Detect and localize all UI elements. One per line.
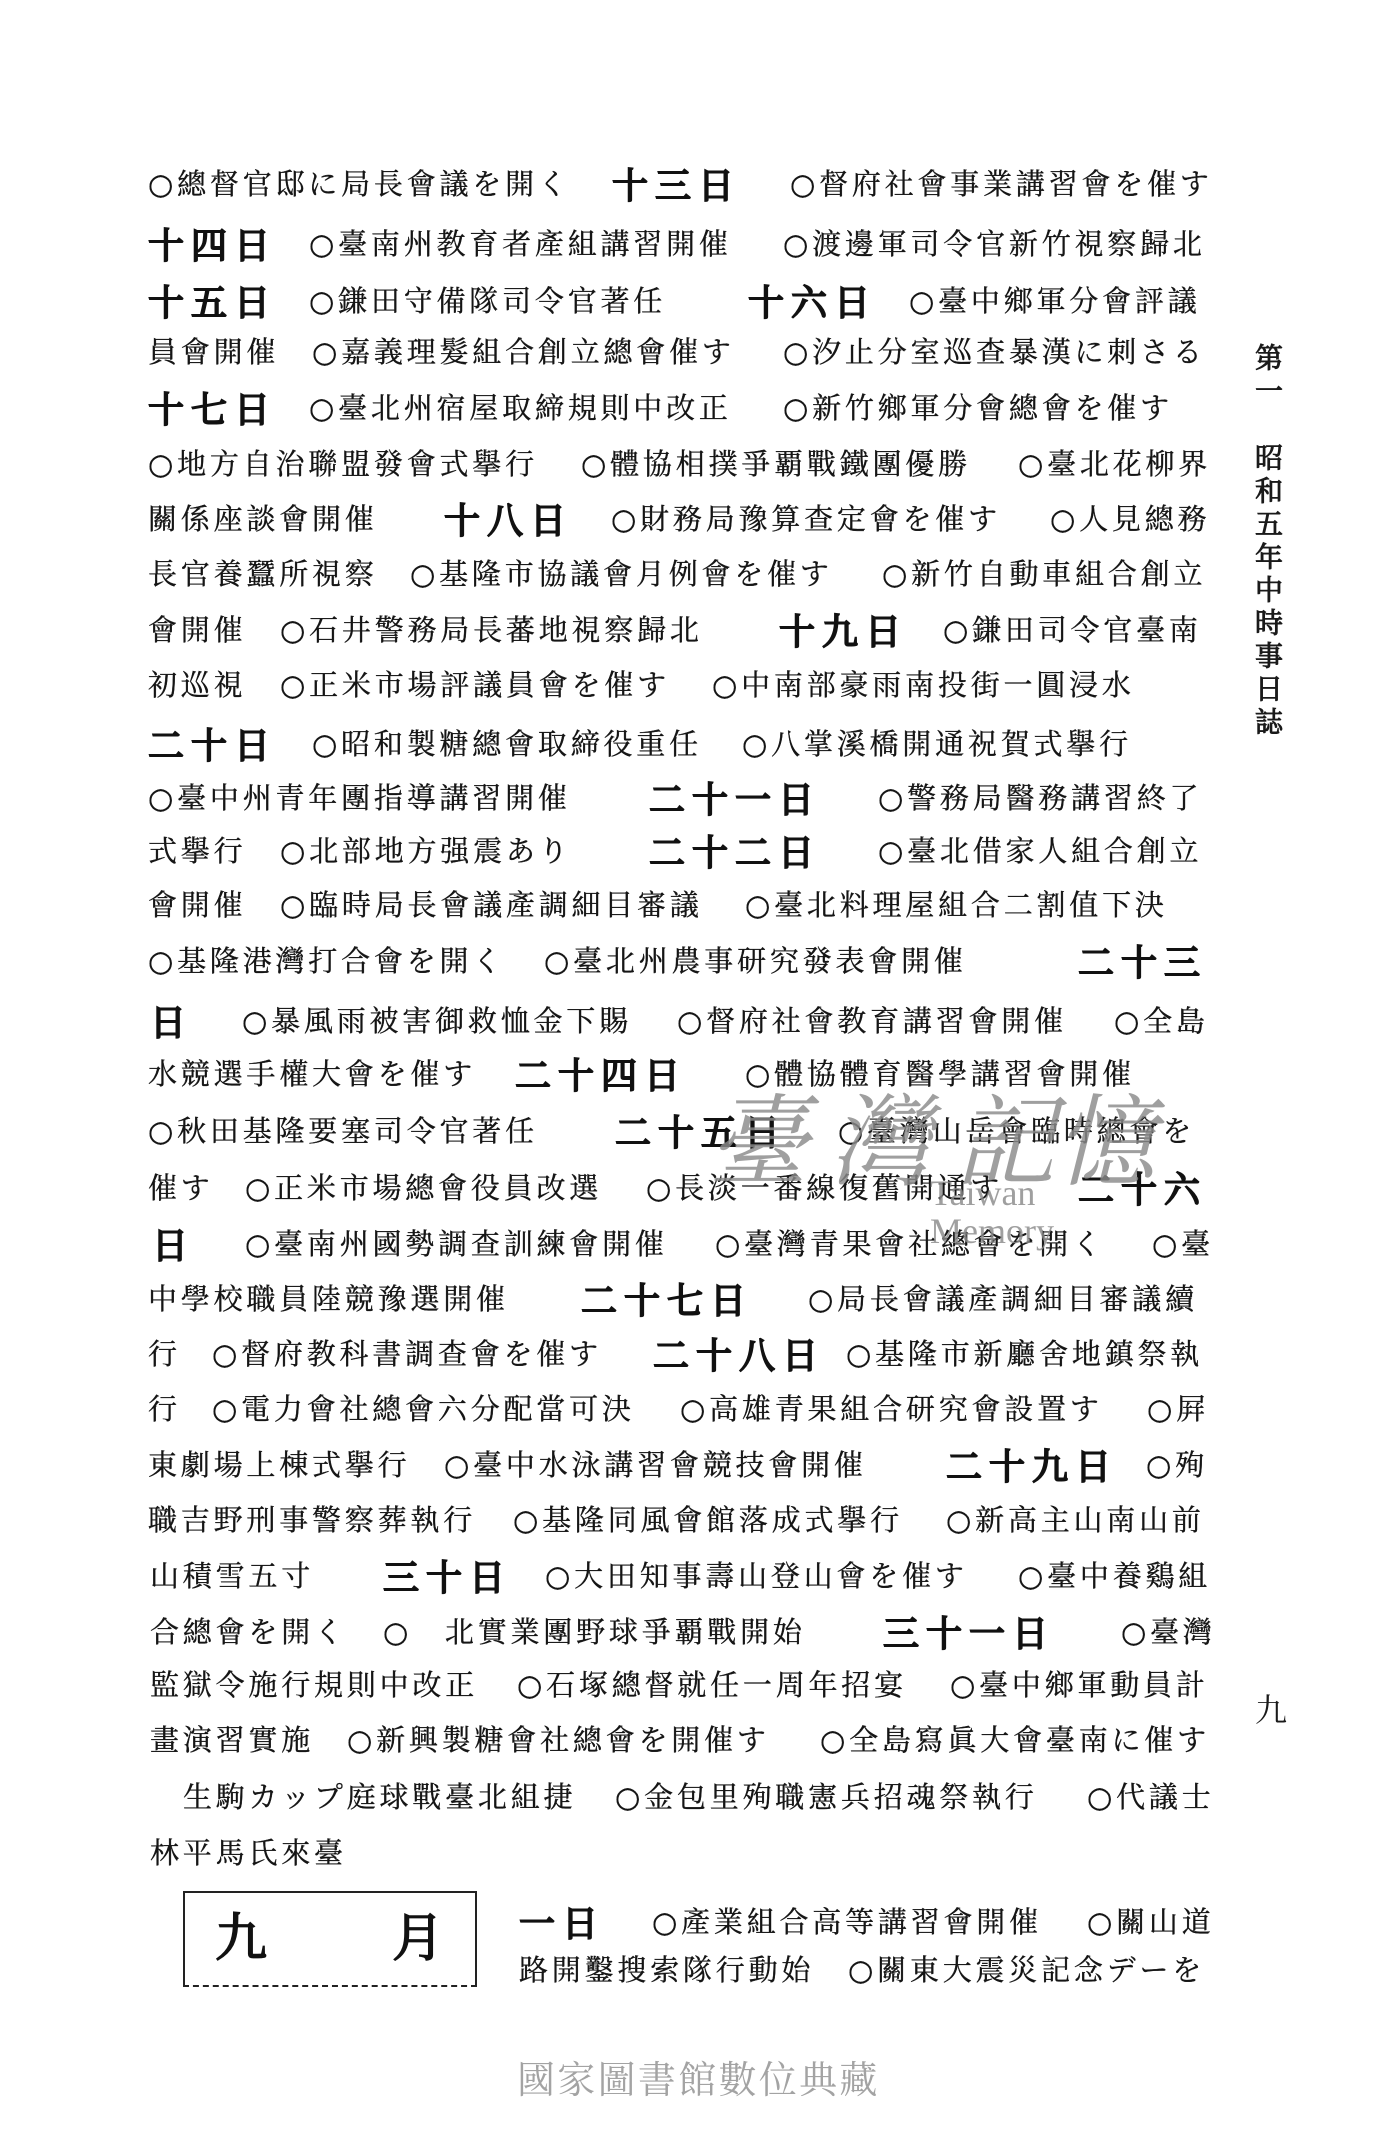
date-marker: 二十二日: [649, 834, 821, 874]
entry-continuation: 中學校職員陸競豫選開催: [148, 1279, 509, 1319]
date-marker: 二十日: [148, 727, 277, 767]
diary-line: 山積雪五寸 三十日 ○大田知事壽山登山會を催す ○臺中養鷄組: [0, 1556, 1400, 1596]
diary-line: 十四日 ○臺南州教育者產組講習開催 ○渡邊軍司令官新竹視察歸北: [0, 224, 1400, 264]
entry-continuation: 員會開催: [148, 332, 279, 372]
diary-entry: ○臨時局長會議產調細目審議: [280, 885, 703, 925]
date-marker: 日: [150, 1004, 193, 1044]
diary-entry: ○全島寫眞大會臺南に催す: [820, 1720, 1210, 1760]
diary-line: 日 ○臺南州國勢調查訓練會開催 ○臺灣青果會社總會を開く ○臺: [0, 1224, 1400, 1264]
diary-line: 東劇場上棟式擧行 ○臺中水泳講習會競技會開催 二十九日 ○殉: [0, 1445, 1400, 1485]
diary-entry: ○臺中州青年團指導講習開催: [148, 778, 571, 818]
date-marker: 二十一日: [649, 781, 821, 821]
entry-continuation: 東劇場上棟式擧行: [148, 1445, 410, 1485]
date-marker: 日: [152, 1227, 195, 1267]
diary-entry: ○臺: [1152, 1224, 1214, 1264]
diary-entry: ○嘉義理髮組合創立總會催す: [312, 332, 735, 372]
date-marker: 二十九日: [946, 1448, 1118, 1488]
entry-continuation: 初巡視: [148, 665, 246, 705]
entry-continuation: 會開催: [148, 885, 246, 925]
diary-line: 催す ○正米市場總會役員改選 ○長淡一番線復舊開通す 二十六: [0, 1168, 1400, 1208]
diary-entry: ○地方自治聯盟發會式擧行: [148, 444, 538, 484]
diary-entry: ○臺南州國勢調查訓練會開催: [245, 1224, 668, 1264]
entry-continuation: 式擧行: [148, 831, 246, 871]
diary-entry: ○警務局醫務講習終了: [878, 778, 1202, 818]
diary-line: 會開催 ○石井警務局長蕃地視察歸北 十九日 ○鎌田司令官臺南: [0, 610, 1400, 650]
footer-credit: 國家圖書館數位典藏: [517, 2058, 880, 2102]
diary-line: ○臺中州青年團指導講習開催 二十一日 ○警務局醫務講習終了: [0, 778, 1400, 818]
diary-line: 日 ○暴風雨被害御救恤金下賜 ○督府社會教育講習會開催 ○全島: [0, 1001, 1400, 1041]
diary-line: 畫演習實施 ○新興製糖會社總會を開催す ○全島寫眞大會臺南に催す: [0, 1720, 1400, 1760]
diary-line: 水競選手權大會を催す 二十四日 ○體協體育醫學講習會開催: [0, 1054, 1400, 1094]
date-marker: 三十日: [383, 1559, 512, 1599]
diary-line: 式擧行 ○北部地方强震あり 二十二日 ○臺北借家人組合創立: [0, 831, 1400, 871]
diary-entry: ○產業組合高等講習會開催: [652, 1902, 1042, 1942]
diary-line: 行 ○電力會社總會六分配當可決 ○高雄青果組合研究會設置す ○屛: [0, 1389, 1400, 1429]
diary-entry: ○基隆港灣打合會を開く: [148, 941, 505, 981]
diary-entry: 生駒カップ庭球戰臺北組捷: [183, 1777, 576, 1817]
entry-continuation: 行: [148, 1334, 181, 1374]
diary-entry: ○臺北借家人組合創立: [878, 831, 1202, 871]
date-marker: 二十七日: [581, 1282, 753, 1322]
diary-line: ○地方自治聯盟發會式擧行 ○體協相撲爭覇戰鐵團優勝 ○臺北花柳界: [0, 444, 1400, 484]
date-marker: 三十一日: [883, 1615, 1055, 1655]
date-marker: 二十六: [1078, 1171, 1207, 1211]
diary-line: 行 ○督府教科書調查會を催す 二十八日 ○基隆市新廳舍地鎮祭執: [0, 1334, 1400, 1374]
diary-line: 中學校職員陸競豫選開催 二十七日 ○局長會議產調細目審議續: [0, 1279, 1400, 1319]
document-page: 第一 昭和五年中時事日誌 九 ○總督官邸に局長會議を開く 十三日 ○督府社會事業…: [0, 0, 1400, 2130]
diary-entry: ○臺中養鷄組: [1018, 1556, 1211, 1596]
entry-continuation: 林平馬氏來臺: [150, 1833, 347, 1873]
diary-entry: ○臺灣: [1121, 1612, 1216, 1652]
diary-entry: ○秋田基隆要塞司令官著任: [148, 1111, 538, 1151]
diary-entry: ○基隆市新廳舍地鎮祭執: [846, 1334, 1203, 1374]
diary-entry: ○臺中水泳講習會競技會開催: [444, 1445, 867, 1485]
diary-line: 初巡視 ○正米市場評議員會を催す ○中南部豪雨南投街一圓浸水: [0, 665, 1400, 705]
entry-continuation: 長官養蠶所視察: [148, 554, 378, 594]
diary-line: 一日 ○產業組合高等講習會開催 ○關山道: [0, 1902, 1400, 1942]
diary-line: 合總會を開く ○ 北實業團野球爭覇戰開始 三十一日 ○臺灣: [0, 1612, 1400, 1652]
diary-entry: ○基隆市協議會月例會を催す: [410, 554, 833, 594]
entry-continuation: 催す: [148, 1168, 214, 1208]
date-marker: 二十五日: [615, 1114, 787, 1154]
diary-entry: ○督府教科書調查會を催す: [212, 1334, 602, 1374]
diary-entry: ○大田知事壽山登山會を催す: [545, 1556, 968, 1596]
diary-line: 監獄令施行規則中改正 ○石塚總督就任一周年招宴 ○臺中鄉軍動員計: [0, 1665, 1400, 1705]
diary-line: 十七日 ○臺北州宿屋取締規則中改正 ○新竹鄉軍分會總會を催す: [0, 388, 1400, 428]
diary-entry: ○新興製糖會社總會を開催す: [347, 1720, 770, 1760]
diary-entry: ○督府社會教育講習會開催: [677, 1001, 1067, 1041]
diary-entry: ○渡邊軍司令官新竹視察歸北: [783, 224, 1206, 264]
entry-continuation: 關係座談會開催: [148, 499, 378, 539]
diary-entry: ○臺灣山岳會臨時總會を: [838, 1111, 1195, 1151]
diary-entry: ○代議士: [1087, 1777, 1215, 1817]
diary-entry: ○體協相撲爭覇戰鐵團優勝: [581, 444, 971, 484]
diary-entry: ○中南部豪雨南投街一圓浸水: [712, 665, 1135, 705]
diary-entry: ○新竹鄉軍分會總會を催す: [783, 388, 1173, 428]
diary-entry: ○體協體育醫學講習會開催: [745, 1054, 1135, 1094]
diary-entry: ○殉: [1146, 1445, 1208, 1485]
diary-entry: ○新高主山南山前: [946, 1500, 1205, 1540]
diary-entry: ○汐止分室巡查暴漢に刺さる: [783, 332, 1206, 372]
diary-entry: ○關東大震災記念デーを: [848, 1950, 1205, 1990]
diary-entry: ○金包里殉職憲兵招魂祭執行: [615, 1777, 1038, 1817]
diary-entry: ○局長會議產調細目審議續: [808, 1279, 1198, 1319]
diary-line: 職吉野刑事警察葬執行 ○基隆同風會館落成式擧行 ○新高主山南山前: [0, 1500, 1400, 1540]
date-marker: 十九日: [779, 613, 908, 653]
diary-line: ○秋田基隆要塞司令官著任 二十五日 ○臺灣山岳會臨時總會を: [0, 1111, 1400, 1151]
diary-entry: ○督府社會事業講習會を催す: [790, 164, 1213, 204]
diary-line: 長官養蠶所視察 ○基隆市協議會月例會を催す ○新竹自動車組合創立: [0, 554, 1400, 594]
diary-entry: ○臺灣青果會社總會を開く: [715, 1224, 1105, 1264]
diary-entry: ○北部地方强震あり: [280, 831, 572, 871]
diary-entry: ○基隆同風會館落成式擧行: [513, 1500, 903, 1540]
entry-continuation: 水競選手權大會を催す: [148, 1054, 476, 1094]
diary-entry: ○暴風雨被害御救恤金下賜: [242, 1001, 632, 1041]
diary-entry: ○臺北花柳界: [1018, 444, 1211, 484]
entry-continuation: 會開催: [148, 610, 246, 650]
diary-entry: ○臺中鄉軍動員計: [950, 1665, 1209, 1705]
diary-line: ○基隆港灣打合會を開く ○臺北州農事研究發表會開催 二十三: [0, 941, 1400, 981]
date-marker: 二十八日: [653, 1337, 825, 1377]
diary-entry: ○財務局豫算查定會を催す: [611, 499, 1001, 539]
diary-entry: ○長淡一番線復舊開通す: [646, 1168, 1003, 1208]
diary-entry: ○臺北州宿屋取締規則中改正: [309, 388, 732, 428]
diary-entry: ○臺中鄉軍分會評議: [909, 281, 1201, 321]
diary-line: 林平馬氏來臺: [0, 1833, 1400, 1873]
entry-continuation: 合總會を開く: [150, 1612, 347, 1652]
entry-continuation: 監獄令施行規則中改正: [150, 1665, 478, 1705]
diary-line: ○總督官邸に局長會議を開く 十三日 ○督府社會事業講習會を催す: [0, 164, 1400, 204]
diary-entry: ○人見總務: [1050, 499, 1210, 539]
diary-entry: ○電力會社總會六分配當可決: [212, 1389, 635, 1429]
entry-continuation: 行: [148, 1389, 181, 1429]
diary-entry: ○全島: [1114, 1001, 1209, 1041]
diary-entry: ○關山道: [1087, 1902, 1215, 1942]
date-marker: 二十四日: [515, 1057, 687, 1097]
date-marker: 十三日: [612, 167, 741, 207]
diary-entry: ○臺北州農事研究發表會開催: [544, 941, 967, 981]
diary-entry: ○正米市場評議員會を催す: [280, 665, 670, 705]
date-marker: 十六日: [748, 284, 877, 324]
date-marker: 十八日: [444, 502, 573, 542]
diary-entry: ○高雄青果組合研究會設置す: [680, 1389, 1103, 1429]
diary-entry: ○臺北料理屋組合二割值下決: [745, 885, 1168, 925]
diary-line: 關係座談會開催 十八日 ○財務局豫算查定會を催す ○人見總務: [0, 499, 1400, 539]
diary-entry: ○石井警務局長蕃地視察歸北: [280, 610, 703, 650]
diary-entry: ○新竹自動車組合創立: [882, 554, 1206, 594]
entry-continuation: 山積雪五寸: [150, 1556, 314, 1596]
diary-entry: ○鎌田司令官臺南: [943, 610, 1202, 650]
diary-entry: ○正米市場總會役員改選: [245, 1168, 602, 1208]
entry-continuation: 路開鑿搜索隊行動始: [519, 1950, 814, 1990]
diary-entry: ○八掌溪橋開通祝賀式擧行: [742, 724, 1132, 764]
diary-entry: ○屛: [1147, 1389, 1209, 1429]
diary-line: 生駒カップ庭球戰臺北組捷 ○金包里殉職憲兵招魂祭執行 ○代議士: [0, 1777, 1400, 1817]
diary-line: 二十日 ○昭和製糖總會取締役重任 ○八掌溪橋開通祝賀式擧行: [0, 724, 1400, 764]
diary-line: 員會開催 ○嘉義理髮組合創立總會催す ○汐止分室巡查暴漢に刺さる: [0, 332, 1400, 372]
date-marker: 二十三: [1078, 944, 1207, 984]
diary-entry: ○總督官邸に局長會議を開く: [148, 164, 571, 204]
diary-entry: ○ 北實業團野球爭覇戰開始: [383, 1612, 806, 1652]
diary-entry: ○臺南州教育者產組講習開催: [309, 224, 732, 264]
diary-line: 十五日 ○鎌田守備隊司令官著任 十六日 ○臺中鄉軍分會評議: [0, 281, 1400, 321]
diary-entry: ○石塚總督就任一周年招宴: [517, 1665, 907, 1705]
entry-continuation: 職吉野刑事警察葬執行: [148, 1500, 476, 1540]
diary-entry: ○昭和製糖總會取締役重任: [312, 724, 702, 764]
diary-entry: ○鎌田守備隊司令官著任: [309, 281, 666, 321]
diary-line: 會開催 ○臨時局長會議產調細目審議 ○臺北料理屋組合二割值下決: [0, 885, 1400, 925]
date-marker: 十七日: [148, 391, 277, 431]
date-marker: 十五日: [148, 284, 277, 324]
entry-continuation: 畫演習實施: [150, 1720, 314, 1760]
date-marker: 十四日: [148, 227, 277, 267]
diary-line: 路開鑿搜索隊行動始 ○關東大震災記念デーを: [0, 1950, 1400, 1990]
date-marker: 一日: [519, 1905, 605, 1945]
